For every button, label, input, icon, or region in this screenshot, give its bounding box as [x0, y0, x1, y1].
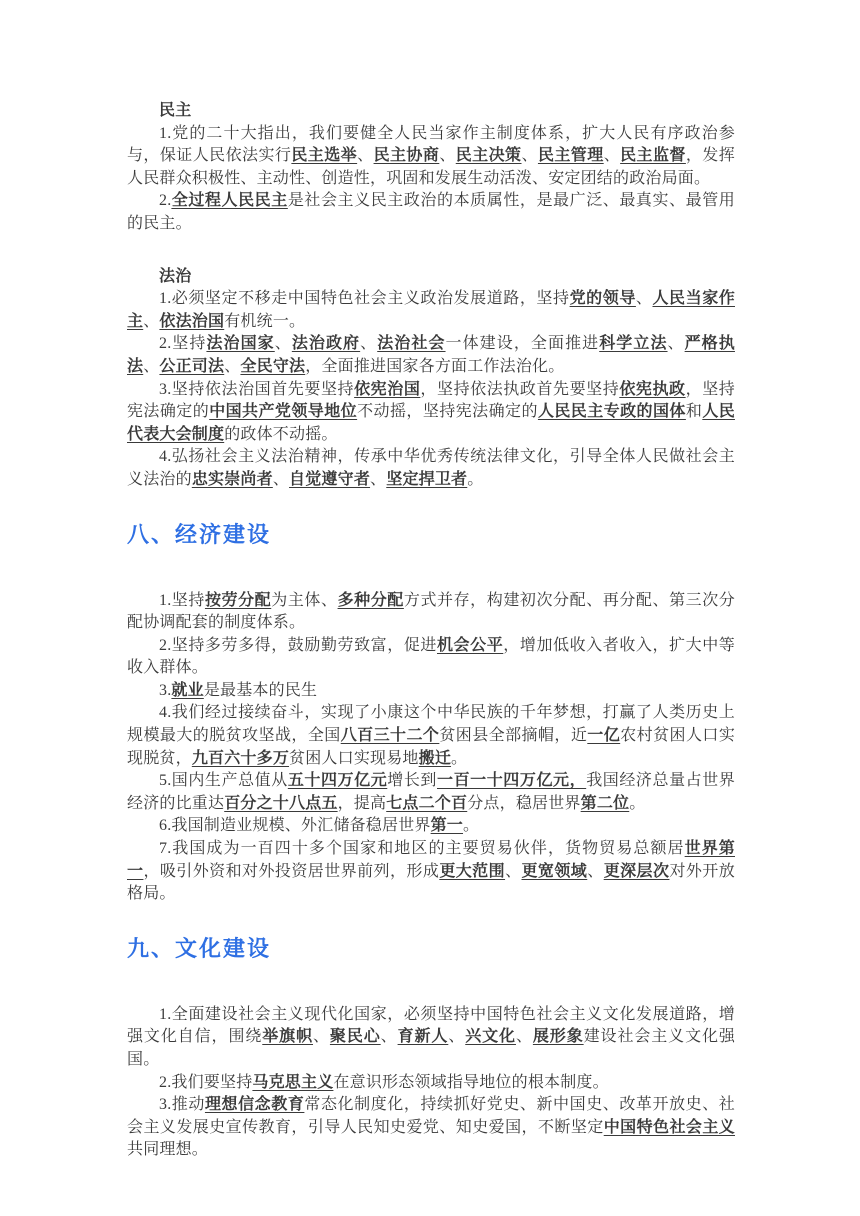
key-term: 按劳分配: [205, 592, 271, 609]
text-run: 贫困县全部摘帽，近: [439, 727, 587, 744]
text-run: 2.: [159, 192, 171, 209]
text-run: 分点，稳居世界: [467, 795, 580, 812]
text-run: 、: [360, 335, 377, 352]
paragraph: 1.坚持按劳分配为主体、多种分配方式并存，构建初次分配、再分配、第三次分配协调配…: [127, 590, 735, 635]
key-term: 民主管理: [538, 147, 604, 164]
text-run: 3.推动: [159, 1096, 205, 1113]
text-run: 共同理想。: [127, 1141, 208, 1158]
text-run: 、: [516, 1028, 533, 1045]
paragraph: 7.我国成为一百四十多个国家和地区的主要贸易伙伴，货物贸易总额居世界第一，吸引外…: [127, 838, 735, 906]
key-term: 马克思主义: [252, 1074, 333, 1091]
text-run: 、: [381, 1028, 398, 1045]
key-term: 法治社会: [377, 335, 445, 352]
key-term: 党的领导: [570, 290, 636, 307]
key-term: 人民民主专政的国体: [538, 403, 686, 420]
paragraph: 3.推动理想信念教育常态化制度化，持续抓好党史、新中国史、改革开放史、社会主义发…: [127, 1094, 735, 1162]
text-run: 2.我们要坚持: [159, 1074, 252, 1091]
blank-line: [127, 236, 735, 266]
key-term: 搬迁: [419, 750, 451, 767]
text-run: 、: [370, 471, 386, 488]
paragraph: 5.国内生产总值从五十四万亿元增长到一百一十四万亿元，我国经济总量占世界经济的比…: [127, 770, 735, 815]
paragraph: 3.坚持依法治国首先要坚持依宪治国，坚持依法执政首先要坚持依宪执政，坚持宪法确定…: [127, 379, 735, 447]
text-run: 贫困人口实现易地: [289, 750, 419, 767]
text-run: 1.必须坚定不移走中国特色社会主义政治发展道路，坚持: [159, 290, 570, 307]
text-run: 。: [463, 817, 479, 834]
text-run: 5.国内生产总值从: [159, 772, 288, 789]
paragraph: 2.坚持法治国家、法治政府、法治社会一体建设，全面推进科学立法、严格执法、公正司…: [127, 333, 735, 378]
section-heading: 八、经济建设: [127, 521, 735, 548]
document-content: 民主1.党的二十大指出，我们要健全人民当家作主制度体系，扩大人民有序政治参与，保…: [127, 100, 735, 1162]
key-term: 民主决策: [456, 147, 522, 164]
text-run: 有机统一。: [224, 313, 305, 330]
text-run: 。: [451, 750, 467, 767]
key-term: 忠实崇尚者: [192, 471, 273, 488]
text-run: 不动摇，坚持宪法确定的: [357, 403, 538, 420]
key-term: 科学立法: [599, 335, 667, 352]
key-term: 中国特色社会主义: [604, 1119, 735, 1136]
paragraph: 1.党的二十大指出，我们要健全人民当家作主制度体系，扩大人民有序政治参与，保证人…: [127, 123, 735, 191]
key-term: 理想信念教育: [205, 1096, 304, 1113]
key-term: 七点二个百: [386, 795, 467, 812]
key-term: 机会公平: [437, 637, 503, 654]
key-term: 依法治国: [159, 313, 224, 330]
key-term: 第二位: [581, 795, 630, 812]
key-term: 一亿: [587, 727, 620, 744]
text-run: ，全面推进国家各方面工作法治化。: [305, 358, 564, 375]
key-term: 法治政府: [292, 335, 360, 352]
text-run: 、: [143, 313, 159, 330]
key-term: 民主选举: [291, 147, 357, 164]
key-term: 聚民心: [330, 1028, 381, 1045]
text-run: 是最基本的民生: [204, 682, 317, 699]
text-run: 、: [668, 335, 685, 352]
text-run: 和: [686, 403, 702, 420]
text-run: 的政体不动摇。: [224, 426, 337, 443]
key-term: 坚定捍卫者: [386, 471, 467, 488]
key-term: 就业: [171, 682, 203, 699]
paragraph: 2.坚持多劳多得，鼓励勤劳致富，促进机会公平，增加低收入者收入，扩大中等收入群体…: [127, 635, 735, 680]
key-term: 民主协商: [374, 147, 440, 164]
text-run: 、: [313, 1028, 330, 1045]
key-term: 九百六十多万: [192, 750, 289, 767]
text-run: 。: [629, 795, 645, 812]
key-term: 更深层次: [604, 863, 670, 880]
key-term: 依宪执政: [619, 381, 685, 398]
text-run: ，坚持依法执政首先要坚持: [420, 381, 619, 398]
key-term: 民主监督: [620, 147, 686, 164]
key-term: 举旗帜: [262, 1028, 313, 1045]
key-term: 法治国家: [206, 335, 274, 352]
key-term: 一百一十四万亿元，: [437, 772, 586, 789]
key-term: 全过程人民民主: [171, 192, 287, 209]
key-term: 育新人: [398, 1028, 449, 1045]
text-run: 2.坚持: [159, 335, 206, 352]
key-term: 更大范围: [439, 863, 505, 880]
text-run: ，吸引外资和对外投资居世界前列，形成: [143, 863, 439, 880]
text-run: 一体建设，全面推进: [446, 335, 600, 352]
paragraph: 6.我国制造业规模、外汇储备稳居世界第一。: [127, 815, 735, 838]
text-run: 、: [448, 1028, 465, 1045]
text-run: 增长到: [387, 772, 437, 789]
text-run: 、: [604, 147, 620, 164]
paragraph: 1.全面建设社会主义现代化国家，必须坚持中国特色社会主义文化发展道路，增强文化自…: [127, 1004, 735, 1072]
key-term: 依宪治国: [354, 381, 420, 398]
key-term: 展形象: [533, 1028, 584, 1045]
key-term: 公正司法: [159, 358, 224, 375]
section-heading: 九、文化建设: [127, 935, 735, 962]
key-term: 多种分配: [338, 592, 404, 609]
text-run: 7.我国成为一百四十多个国家和地区的主要贸易伙伴，货物贸易总额居: [159, 840, 685, 857]
text-run: 6.我国制造业规模、外汇储备稳居世界: [159, 817, 431, 834]
key-term: 自觉遵守者: [289, 471, 370, 488]
text-run: 为主体、: [271, 592, 337, 609]
key-term: 百分之十八点五: [224, 795, 337, 812]
paragraph: 1.必须坚定不移走中国特色社会主义政治发展道路，坚持党的领导、人民当家作主、依法…: [127, 288, 735, 333]
sub-heading: 民主: [127, 100, 735, 123]
text-run: 、: [143, 358, 159, 375]
key-term: 更宽领域: [522, 863, 588, 880]
text-run: 、: [357, 147, 373, 164]
text-run: 、: [273, 471, 289, 488]
key-term: 中国共产党领导地位: [209, 403, 357, 420]
text-run: 、: [439, 147, 455, 164]
document-page: 民主1.党的二十大指出，我们要健全人民当家作主制度体系，扩大人民有序政治参与，保…: [0, 0, 860, 1216]
text-run: 、: [224, 358, 240, 375]
paragraph: 3.就业是最基本的民生: [127, 680, 735, 703]
paragraph: 2.我们要坚持马克思主义在意识形态领域指导地位的根本制度。: [127, 1072, 735, 1095]
text-run: 、: [522, 147, 538, 164]
key-term: 第一: [431, 817, 463, 834]
text-run: 、: [587, 863, 603, 880]
text-run: 2.坚持多劳多得，鼓励勤劳致富，促进: [159, 637, 437, 654]
text-run: 、: [275, 335, 292, 352]
paragraph: 2.全过程人民民主是社会主义民主政治的本质属性，是最广泛、最真实、最管用的民主。: [127, 190, 735, 235]
text-run: ，提高: [338, 795, 387, 812]
key-term: 兴文化: [465, 1028, 516, 1045]
key-term: 全民守法: [240, 358, 305, 375]
key-term: 八百三十二个: [341, 727, 440, 744]
text-run: 、: [636, 290, 653, 307]
paragraph: 4.弘扬社会主义法治精神，传承中华优秀传统法律文化，引导全体人民做社会主义法治的…: [127, 446, 735, 491]
key-term: 五十四万亿元: [288, 772, 387, 789]
text-run: 3.坚持依法治国首先要坚持: [159, 381, 354, 398]
text-run: 在意识形态领域指导地位的根本制度。: [333, 1074, 608, 1091]
text-run: 3.: [159, 682, 171, 699]
text-run: 1.坚持: [159, 592, 205, 609]
sub-heading: 法治: [127, 266, 735, 289]
text-run: 。: [467, 471, 483, 488]
text-run: 、: [505, 863, 521, 880]
paragraph: 4.我们经过接续奋斗，实现了小康这个中华民族的千年梦想，打赢了人类历史上规模最大…: [127, 702, 735, 770]
